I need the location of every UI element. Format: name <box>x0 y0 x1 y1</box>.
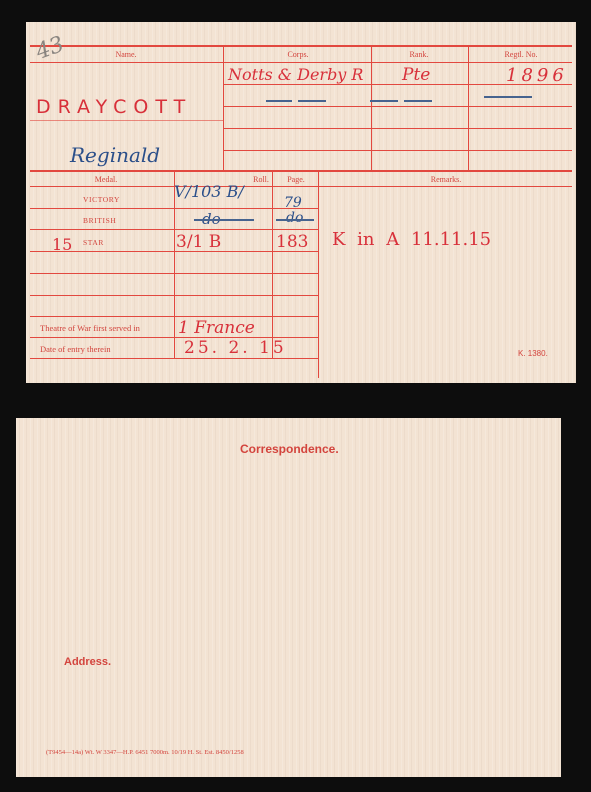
address-label: Address. <box>64 656 111 668</box>
ditto-dash <box>298 100 326 102</box>
rule-row-3 <box>223 128 572 129</box>
forename: Reginald <box>70 143 160 167</box>
rule-v-corps-rank <box>371 45 372 170</box>
header-remarks: Remarks. <box>416 175 476 184</box>
roll-star: 3/1 B <box>176 232 221 252</box>
header-regt-no: Regtl. No. <box>481 50 561 59</box>
ditto-dash <box>276 219 314 221</box>
form-code: K. 1380. <box>518 349 548 358</box>
page-star: 183 <box>276 232 308 252</box>
rule-row-4 <box>223 150 572 151</box>
rule-medal-top <box>30 170 572 172</box>
medal-label-british: BRITISH <box>83 216 116 225</box>
header-rank: Rank. <box>379 50 459 59</box>
surname: DRAYCOTT <box>36 96 192 118</box>
printer-line: (T9454—14a) Wt. W 3347—H.P. 6451 7000m. … <box>46 749 244 756</box>
rule-v-rank-regt <box>468 45 469 170</box>
medal-card-back: Correspondence. Address. (T9454—14a) Wt.… <box>16 418 561 777</box>
remarks-value: K in A 11.11.15 <box>332 229 491 250</box>
ditto-dash <box>484 96 532 98</box>
rank-value: Pte <box>402 65 430 85</box>
entry-date-label: Date of entry therein <box>40 344 111 354</box>
theatre-value: 1 France <box>178 318 255 338</box>
medal-label-victory: VICTORY <box>83 195 120 204</box>
rule-medal-row-5 <box>30 295 318 296</box>
rule-medal-header-bottom <box>30 186 572 187</box>
header-medal: Medal. <box>76 175 136 184</box>
page-british: do <box>286 210 303 226</box>
rule-header-bottom <box>30 62 572 63</box>
page-victory: 79 <box>284 195 302 211</box>
rule-medal-row-6 <box>30 316 318 317</box>
header-corps: Corps. <box>258 50 338 59</box>
rule-row-2 <box>223 106 572 107</box>
ditto-dash <box>266 100 292 102</box>
theatre-label: Theatre of War first served in <box>40 323 140 333</box>
ditto-dash <box>194 219 254 221</box>
pencil-note: 43 <box>33 32 68 65</box>
rule-top <box>30 45 572 47</box>
header-roll: Roll. <box>241 175 281 184</box>
correspondence-heading: Correspondence. <box>240 442 339 456</box>
underline-15 <box>30 251 76 252</box>
rule-name-line <box>30 120 223 121</box>
ditto-dash <box>370 100 398 102</box>
rule-v-roll-page <box>272 170 273 358</box>
ditto-dash <box>404 100 432 102</box>
regt-no-value: 1896 <box>506 65 568 86</box>
roll-victory: V/103 B/ <box>174 182 244 201</box>
rule-v-page-remarks <box>318 170 319 378</box>
entry-date-value: 25. 2. 15 <box>184 338 287 358</box>
rule-medal-row-4 <box>30 273 318 274</box>
rule-medal-row-2 <box>30 229 318 230</box>
rule-medal-row-1 <box>30 208 318 209</box>
header-page: Page. <box>276 175 316 184</box>
medal-card-front: Name. Corps. Rank. Regtl. No. 43 DRAYCOT… <box>26 22 576 383</box>
corps-value: Notts & Derby R <box>228 65 363 84</box>
medal-label-star: STAR <box>83 238 104 247</box>
header-name: Name. <box>86 50 166 59</box>
rule-v-name-corps <box>223 45 224 170</box>
rule-date-row <box>30 358 318 359</box>
